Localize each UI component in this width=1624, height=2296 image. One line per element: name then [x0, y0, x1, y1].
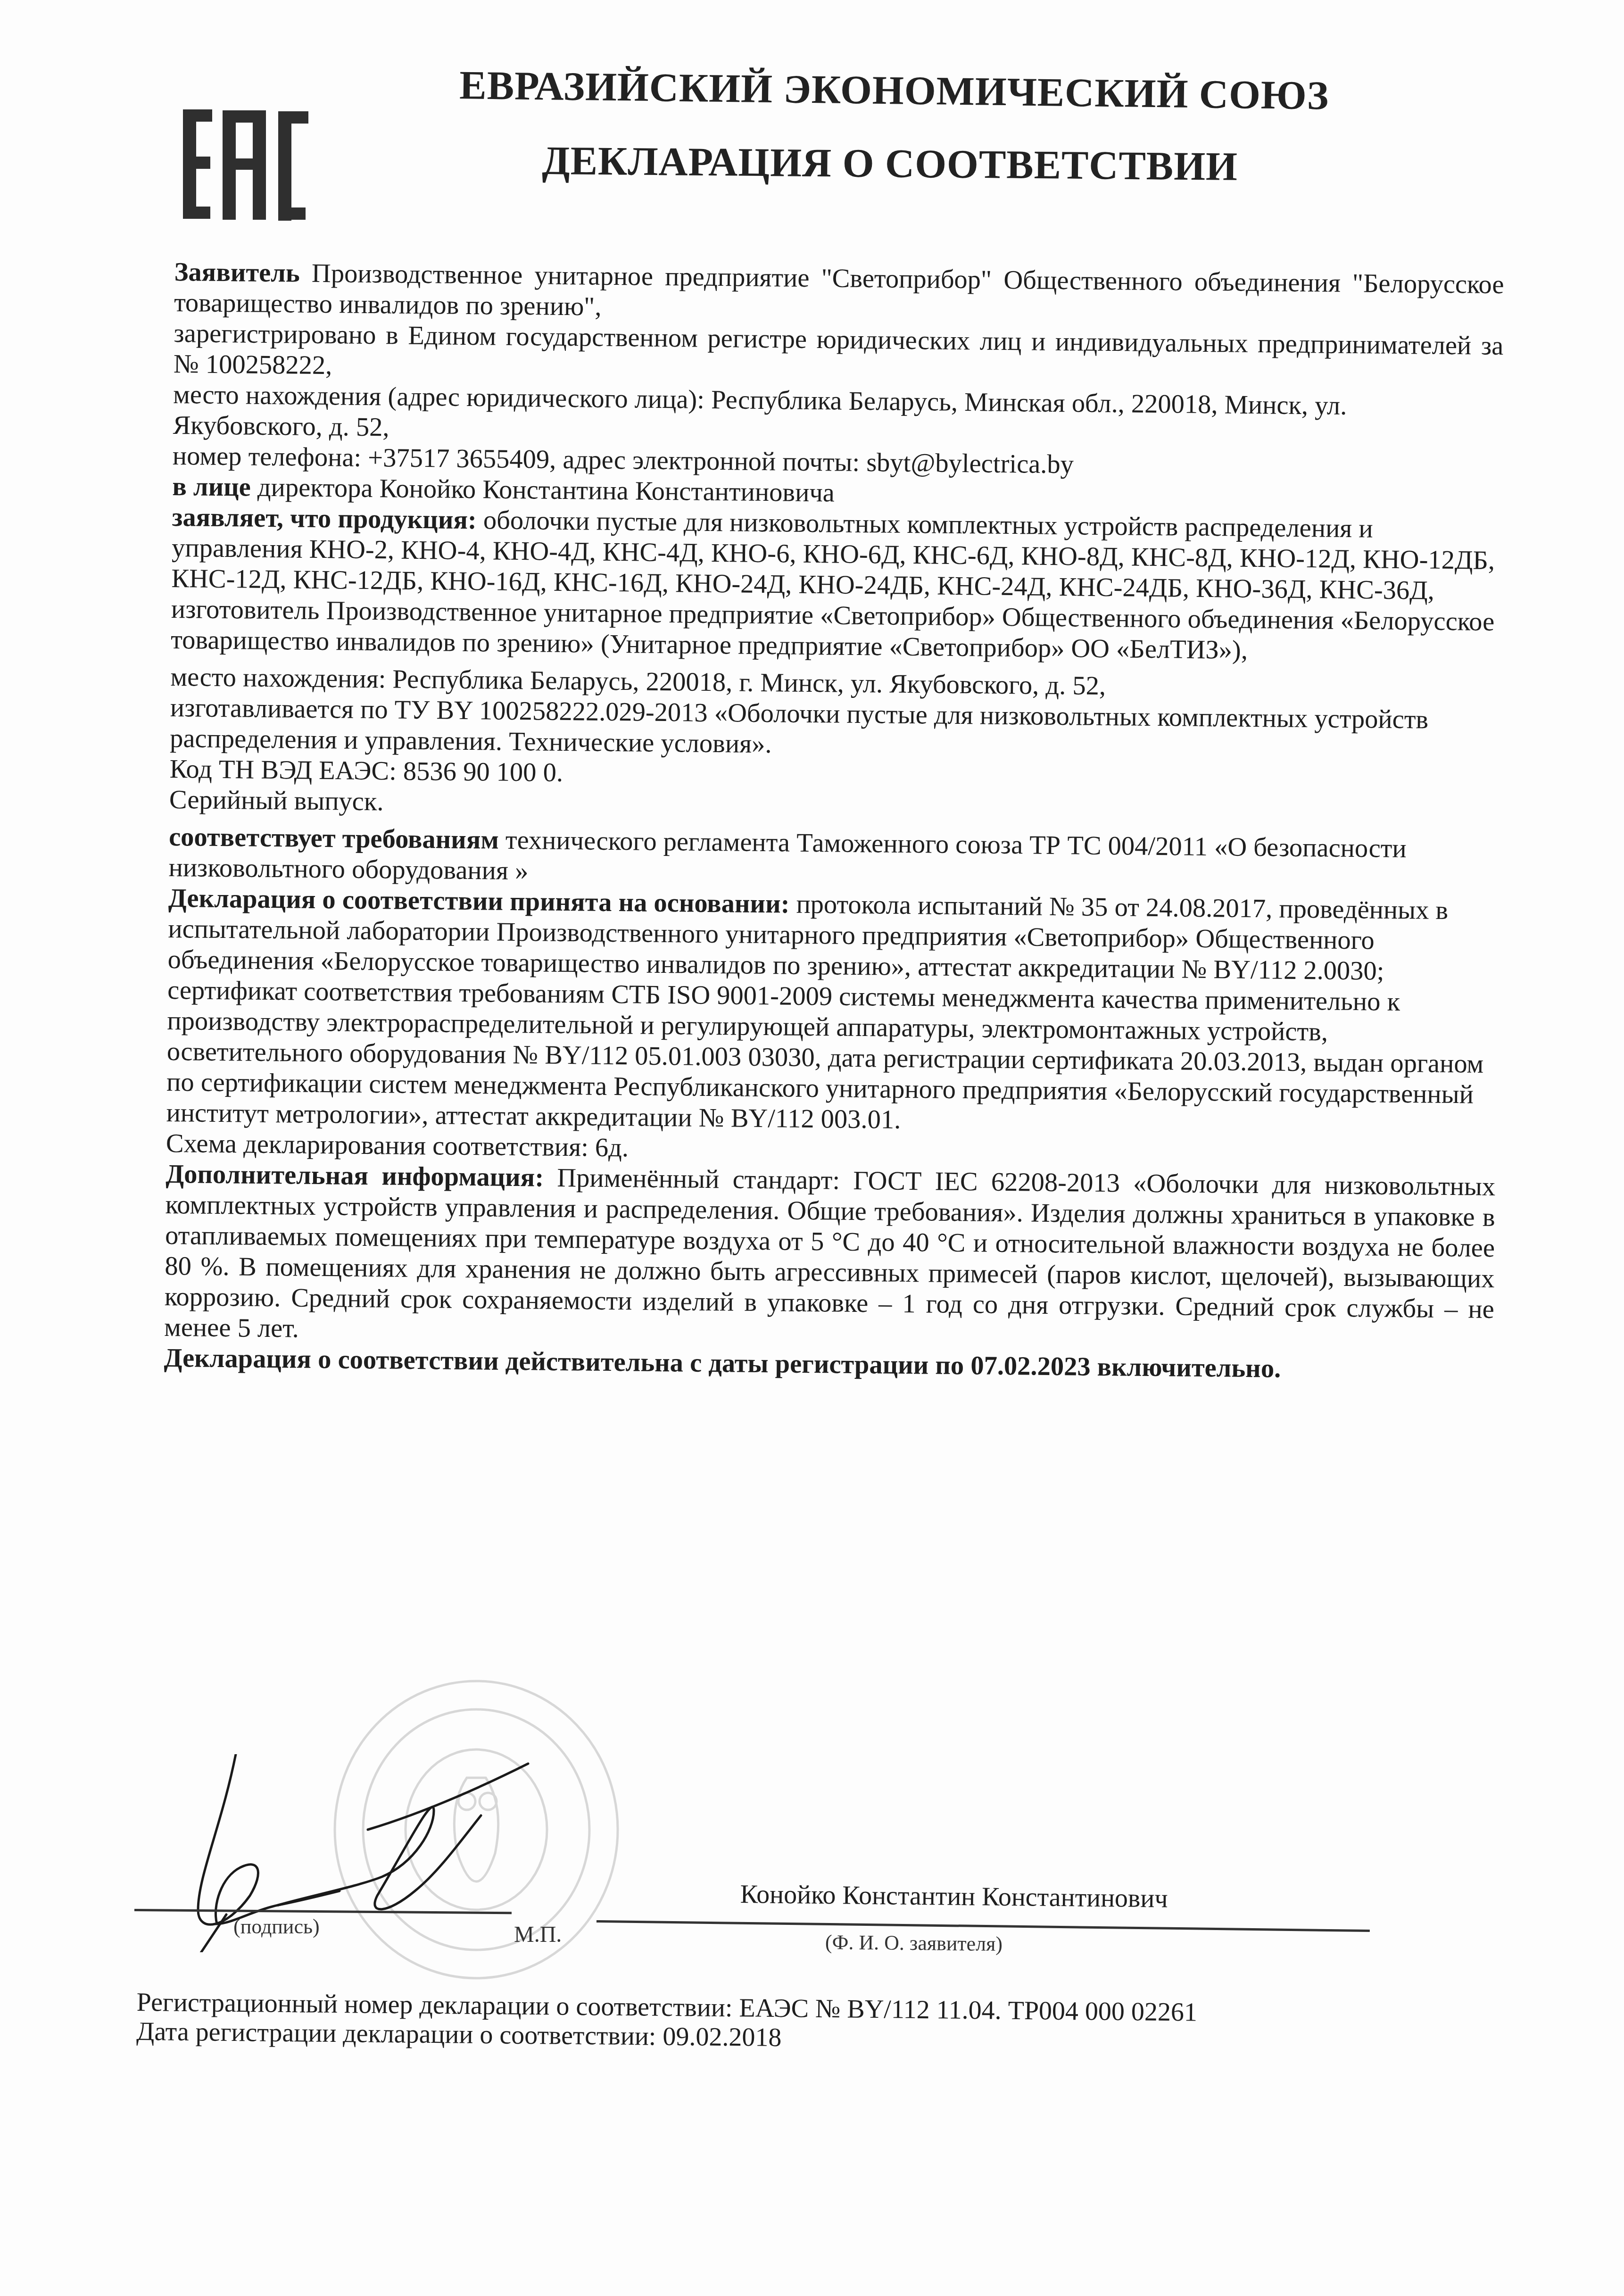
- represented-by: директора Конойко Константина Константин…: [257, 473, 835, 508]
- compliance-label: соответствует требованиям: [169, 822, 499, 855]
- product-section: заявляет, что продукция: оболочки пустые…: [171, 502, 1502, 607]
- represented-label: в лице: [172, 472, 251, 502]
- eac-mark-icon: [183, 109, 310, 223]
- basis-label: Декларация о соответствии принята на осн…: [168, 884, 790, 919]
- registration-footer: Регистрационный номер декларации о соотв…: [136, 1988, 1197, 2056]
- document-title: ДЕКЛАРАЦИЯ О СООТВЕТСТВИИ: [542, 137, 1238, 190]
- basis-section: Декларация о соответствии принята на осн…: [167, 883, 1498, 988]
- declaration-body: Заявитель Производственное унитарное пре…: [164, 257, 1504, 1386]
- additional-info: Дополнительная информация: Применённый с…: [164, 1159, 1496, 1356]
- signature-caption: (подпись): [233, 1915, 320, 1939]
- org-title: ЕВРАЗИЙСКИЙ ЭКОНОМИЧЕСКИЙ СОЮЗ: [459, 61, 1329, 119]
- applicant-label: Заявитель: [174, 257, 300, 288]
- signer-name-line: [597, 1920, 1370, 1932]
- seal-caption: М.П.: [514, 1922, 562, 1948]
- declaration-page: ЕВРАЗИЙСКИЙ ЭКОНОМИЧЕСКИЙ СОЮЗ ДЕКЛАРАЦИ…: [0, 0, 1624, 2296]
- basis-certificate: сертификат соответствия требованиям СТБ …: [166, 975, 1497, 1141]
- manufacturer: изготовитель Производственное унитарное …: [171, 594, 1501, 668]
- signer-caption: (Ф. И. О. заявителя): [825, 1930, 1003, 1956]
- additional-label: Дополнительная информация:: [166, 1160, 544, 1193]
- product-label: заявляет, что продукция:: [172, 503, 477, 535]
- signer-name: Конойко Константин Константинович: [740, 1879, 1168, 1914]
- applicant-name: Производственное унитарное предприятие "…: [174, 259, 1504, 322]
